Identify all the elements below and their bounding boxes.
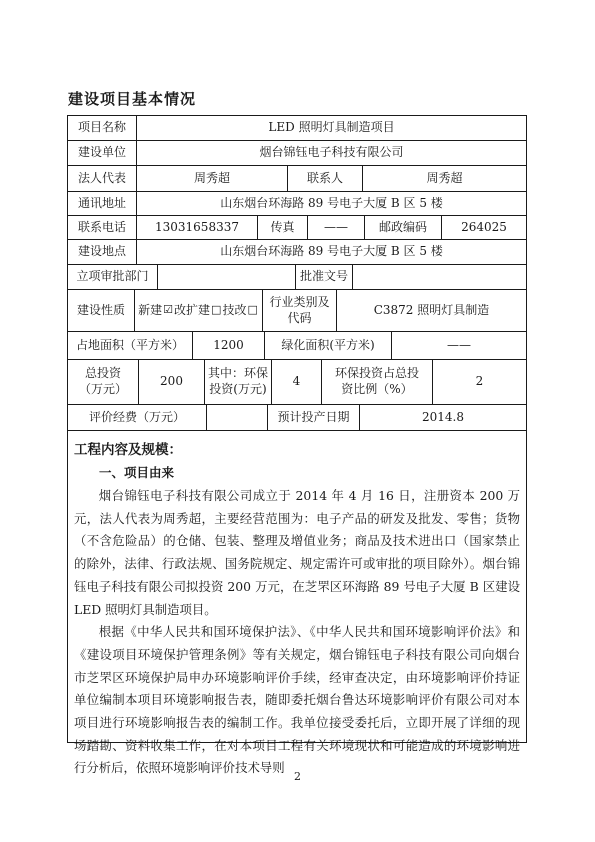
env-investment-label: 其中：环保 投资(万元) <box>205 360 272 404</box>
basic-info-table: 项目名称 LED 照明灯具制造项目 建设单位 烟台锦钰电子科技有限公司 法人代表… <box>67 115 527 743</box>
table-row: 建设性质 新建☑改扩建□技改□ 行业类别及 代码 C3872 照明灯具制造 <box>68 290 526 332</box>
checkbox-icon: □ <box>210 303 222 317</box>
zip-value: 264025 <box>442 216 526 239</box>
checkbox-checked-icon: ☑ <box>162 303 174 317</box>
project-name-label: 项目名称 <box>68 116 137 140</box>
env-ratio-value: 2 <box>433 360 526 404</box>
approval-dept-value <box>158 265 296 289</box>
builder-value: 烟台锦钰电子科技有限公司 <box>137 141 526 165</box>
zip-label: 邮政编码 <box>365 216 442 239</box>
table-row: 总投资 （万元） 200 其中：环保 投资(万元) 4 环保投资占总投 资比例（… <box>68 360 526 405</box>
option-expand-label: 改扩建 <box>174 303 210 319</box>
project-content-section: 工程内容及规模： 一、项目由来 烟台锦钰电子科技有限公司成立于 2014 年 4… <box>68 431 526 742</box>
total-investment-label: 总投资 （万元） <box>68 360 139 404</box>
table-row: 建设单位 烟台锦钰电子科技有限公司 <box>68 141 526 166</box>
eval-fee-value <box>207 405 268 430</box>
table-row: 立项审批部门 批准文号 <box>68 265 526 290</box>
body-paragraph: 烟台锦钰电子科技有限公司成立于 2014 年 4 月 16 日，注册资本 200… <box>74 485 520 621</box>
fax-value: —— <box>308 216 365 239</box>
document-page: 建设项目基本情况 项目名称 LED 照明灯具制造项目 建设单位 烟台锦钰电子科技… <box>0 0 595 842</box>
env-ratio-label: 环保投资占总投 资比例（%） <box>322 360 433 404</box>
industry-value: C3872 照明灯具制造 <box>337 290 526 331</box>
nature-options: 新建☑改扩建□技改□ <box>135 290 263 331</box>
production-date-label: 预计投产日期 <box>268 405 360 430</box>
site-value: 山东烟台环海路 89 号电子大厦 B 区 5 楼 <box>137 240 526 264</box>
phone-value: 13031658337 <box>137 216 258 239</box>
total-investment-value: 200 <box>139 360 205 404</box>
section2-heading: 工程内容及规模： <box>74 438 520 458</box>
production-date-value: 2014.8 <box>360 405 526 430</box>
approval-dept-label: 立项审批部门 <box>68 265 158 289</box>
option-retrofit-label: 技改 <box>222 303 246 319</box>
phone-label: 联系电话 <box>68 216 137 239</box>
area-label: 占地面积（平方米） <box>68 332 193 359</box>
table-row: 通讯地址 山东烟台环海路 89 号电子大厦 B 区 5 楼 <box>68 192 526 216</box>
body-paragraph: 根据《中华人民共和国环境保护法》、《中华人民共和国环境影响评价法》和《建设项目环… <box>74 621 520 780</box>
table-row: 评价经费（万元） 预计投产日期 2014.8 <box>68 405 526 431</box>
section2-subheading: 一、项目由来 <box>74 463 520 481</box>
contact-value: 周秀超 <box>363 166 526 191</box>
doc-no-label: 批准文号 <box>296 265 353 289</box>
page-title: 建设项目基本情况 <box>68 88 196 109</box>
table-row: 联系电话 13031658337 传真 —— 邮政编码 264025 <box>68 216 526 240</box>
area-value: 1200 <box>193 332 265 359</box>
site-label: 建设地点 <box>68 240 137 264</box>
env-investment-value: 4 <box>272 360 322 404</box>
eval-fee-label: 评价经费（万元） <box>68 405 207 430</box>
option-new-label: 新建 <box>138 303 162 319</box>
mail-address-label: 通讯地址 <box>68 192 137 215</box>
project-name-value: LED 照明灯具制造项目 <box>137 116 526 140</box>
legal-rep-value: 周秀超 <box>137 166 288 191</box>
legal-rep-label: 法人代表 <box>68 166 137 191</box>
checkbox-icon: □ <box>246 303 258 317</box>
table-row: 占地面积（平方米） 1200 绿化面积(平方米) —— <box>68 332 526 360</box>
builder-label: 建设单位 <box>68 141 137 165</box>
contact-label: 联系人 <box>288 166 363 191</box>
table-row: 建设地点 山东烟台环海路 89 号电子大厦 B 区 5 楼 <box>68 240 526 265</box>
mail-address-value: 山东烟台环海路 89 号电子大厦 B 区 5 楼 <box>137 192 526 215</box>
nature-label: 建设性质 <box>68 290 135 331</box>
green-area-label: 绿化面积(平方米) <box>265 332 392 359</box>
doc-no-value <box>353 265 526 289</box>
industry-label: 行业类别及 代码 <box>263 290 337 331</box>
page-number: 2 <box>0 770 595 783</box>
table-row: 法人代表 周秀超 联系人 周秀超 <box>68 166 526 192</box>
table-row: 项目名称 LED 照明灯具制造项目 <box>68 116 526 141</box>
green-area-value: —— <box>392 332 526 359</box>
fax-label: 传真 <box>258 216 308 239</box>
